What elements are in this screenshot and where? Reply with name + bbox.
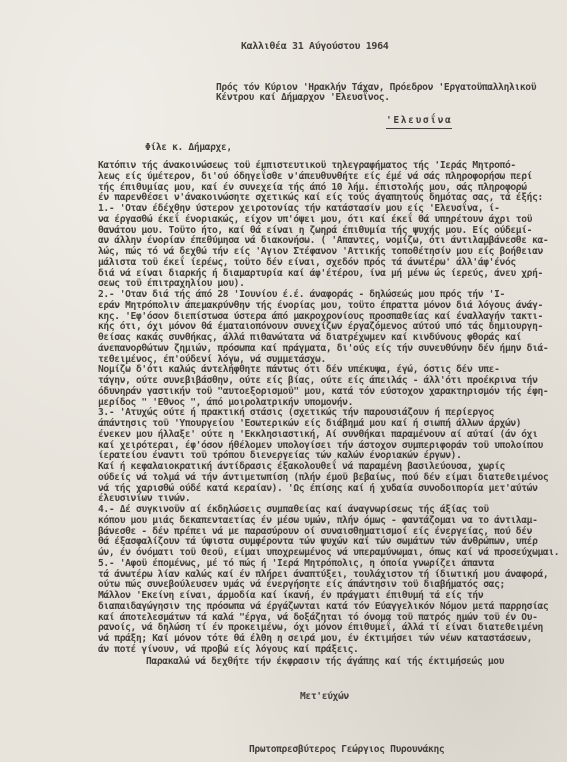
recipient-line-2: Κέντρου καί Δήμαρχον 'Ελευσΐνος. (216, 93, 390, 104)
valediction: Μετ'εύχών (300, 692, 349, 703)
body-line: 1.- 'Οταν έδέχθην ύστερον χειροτονίας τή… (98, 204, 500, 215)
body-line: 2.- 'Οταν διά τής άπό 28 'Ιουνίου έ.έ. ά… (98, 290, 505, 301)
body-line: ών, έν όνόματι τοϋ Θεοϋ, είμαι υποχρεωμέ… (98, 548, 559, 559)
closing-line: Παρακαλώ νά δεχθήτε τήν έκφρασιν τής άγά… (146, 657, 504, 668)
body-line: κόπου μου μιάς δεκαπενταετίας έν μέσω υμ… (98, 516, 538, 527)
body-line: άν ποτέ γίνουν, νά προβώ είς λόγους καί … (98, 645, 358, 656)
body-line: άνεπανορθώτων ζημιών, πρόσωπα καί πράγμα… (98, 344, 548, 355)
body-line: άπάντησις τοϋ 'Υπουργείου 'Εσωτερικών εί… (98, 419, 521, 430)
body-line: 4.- Δέ συγκινοϋν αί έκδηλώσεις συμπαθεία… (98, 505, 489, 516)
body-line: να έργασθώ έκεΐ ένοριακώς, είχον υπ'όψει… (98, 215, 532, 226)
letter-page: Καλλιθέα 31 Αύγούστου 1964 Πρός τόν Κύρι… (0, 0, 567, 762)
body-line: τάγην, ούτε συνεβιβάσθην, ούτε είς βίας,… (98, 376, 538, 387)
body-line: Καί ή κεφαλαιοκρατική άντίδρασις έξακολο… (98, 462, 505, 473)
body-line: Μάλλον 'Εκείνη είναι, άρμοδία καί ίκανή,… (98, 591, 483, 602)
body-line: 5.- 'Αφοϋ έπομένως, μέ τό πώς ή 'Ιερά Μη… (98, 559, 494, 570)
signature: Πρωτοπρεσβύτερος Γεώργιος Πυρουνάκης (249, 745, 444, 756)
body-line: ούδείς νά τολμά νά τήν άντιμετωπίση (πλή… (98, 473, 548, 484)
body-line: νά πράξη; Καί μόνον τότε θά έλθη η σειρά… (98, 634, 532, 645)
body-line: όδυνηράν γαστικήν τοϋ "αυτοεξορισμοϋ" μο… (98, 387, 548, 398)
body-line: λώς, πώς τό νά δεχθώ τήν είς 'Αγιον Στέφ… (98, 247, 543, 258)
letter-date: Καλλιθέα 31 Αύγούστου 1964 (241, 42, 388, 53)
body-line: Κατόπιν τής άνακοινώσεως τοϋ έμπιστευτικ… (98, 161, 516, 172)
salutation: Φίλε κ. Δήμαρχε, (145, 143, 232, 154)
body-line: ένεκεν μου ήλλαξε' ούτε η 'Εκκλησιαστική… (98, 430, 538, 441)
body-line: εράν Μητρόπολιν άπεμακρύνθην τής ένορίας… (98, 301, 543, 312)
body-line: θείσας κακάς συνθήκας, άλλά πιθανώτατα ν… (98, 333, 521, 344)
recipient-city: 'Ελευσΐνα (386, 116, 452, 129)
body-line: διαπαιδαγώγησιν της πρόσωπα νά έργάζωντα… (98, 602, 548, 613)
body-line: λεως είς ύμέτερον, δι'ού όδηγεΐσθε ν'άπε… (98, 172, 532, 183)
body-line: μάλιστα τοϋ έκεΐ ίερέως, τοϋτο δέν είναι… (98, 258, 516, 269)
